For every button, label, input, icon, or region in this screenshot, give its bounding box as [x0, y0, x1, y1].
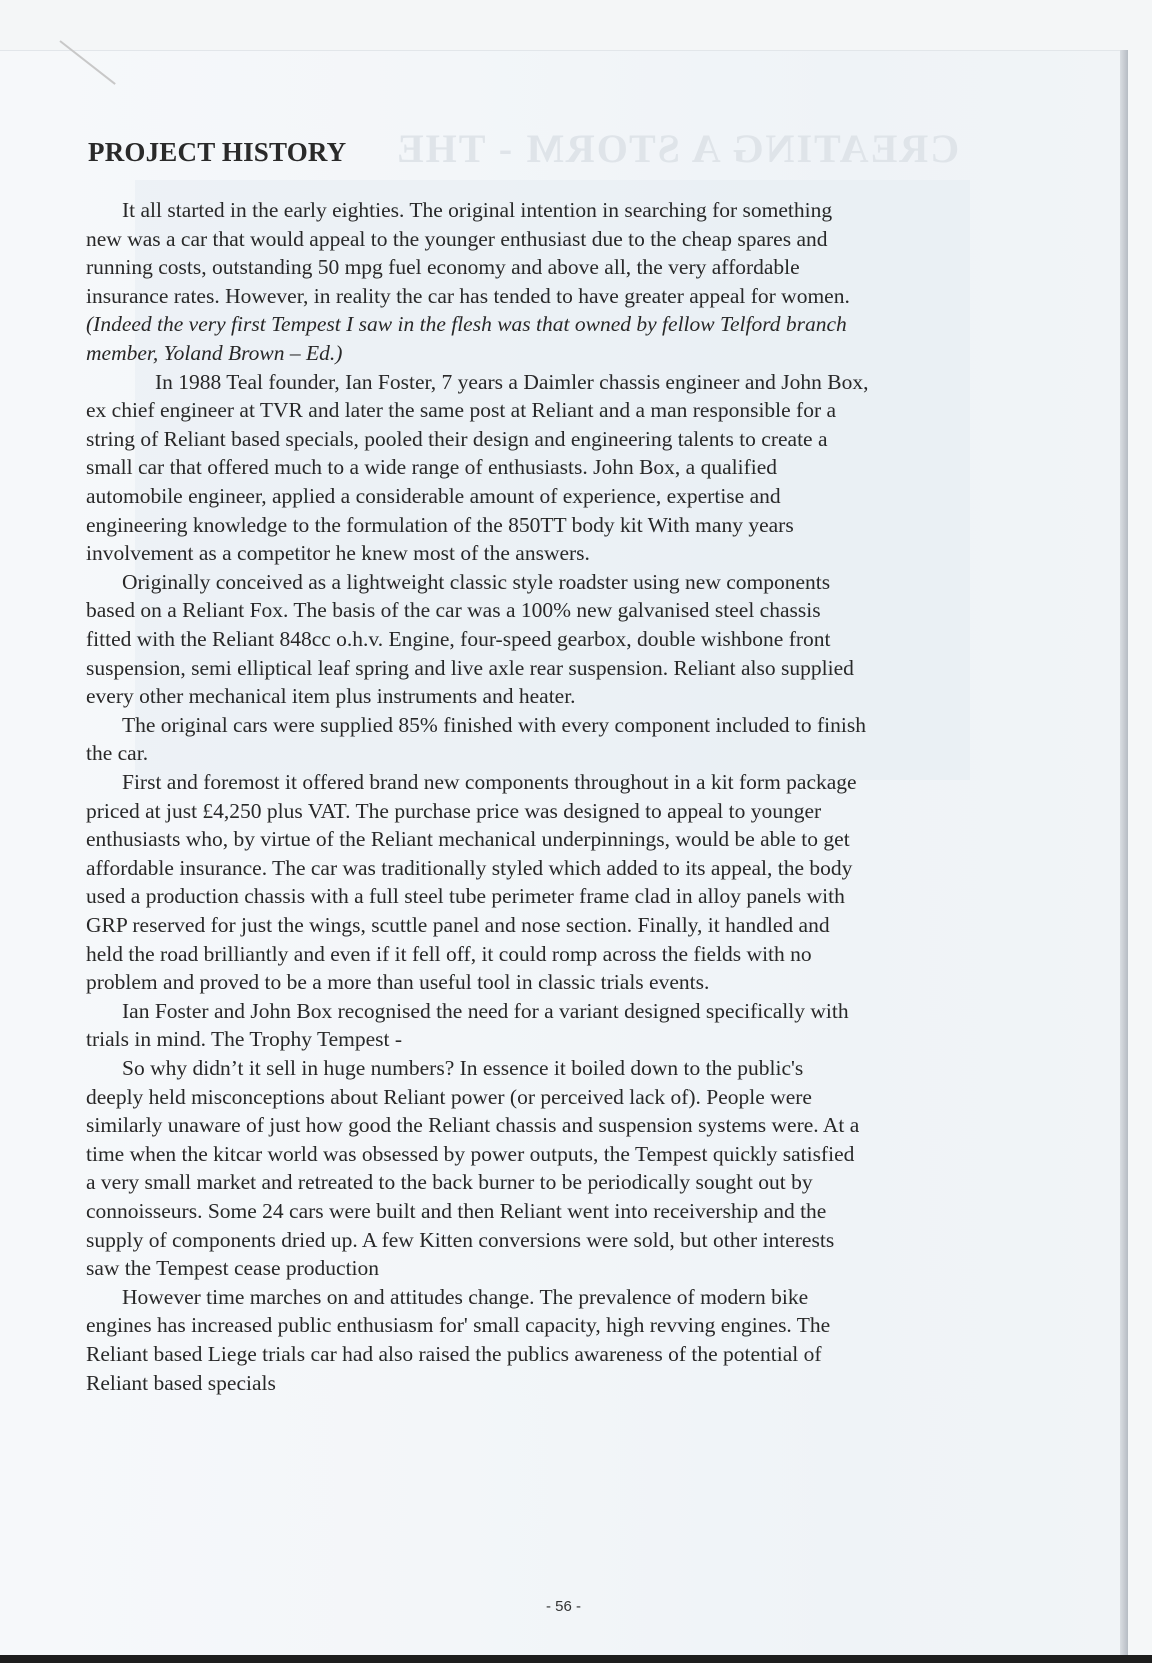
text-line: Originally conceived as a lightweight cl…	[122, 568, 830, 596]
text-line: deeply held misconceptions about Reliant…	[86, 1083, 812, 1111]
text-line: The original cars were supplied 85% fini…	[122, 711, 866, 739]
text-line: based on a Reliant Fox. The basis of the…	[86, 596, 821, 624]
text-line: fitted with the Reliant 848cc o.h.v. Eng…	[86, 625, 831, 653]
text-line: However time marches on and attitudes ch…	[122, 1283, 808, 1311]
text-line: saw the Tempest cease production	[86, 1254, 379, 1282]
text-line: problem and proved to be a more than use…	[86, 968, 709, 996]
text-line: every other mechanical item plus instrum…	[86, 682, 576, 710]
scanner-edge-bottom	[0, 1655, 1152, 1663]
text-line: engineering knowledge to the formulation…	[86, 511, 794, 539]
text-line: a very small market and retreated to the…	[86, 1168, 813, 1196]
text-line: similarly unaware of just how good the R…	[86, 1111, 859, 1139]
editor-note-line: (Indeed the very first Tempest I saw in …	[86, 310, 847, 338]
text-line: engines has increased public enthusiasm …	[86, 1311, 830, 1339]
text-line: ex chief engineer at TVR and later the s…	[86, 396, 836, 424]
text-line: Reliant based specials	[86, 1369, 276, 1397]
text-line: In 1988 Teal founder, Ian Foster, 7 year…	[155, 368, 868, 396]
text-line: held the road brilliantly and even if it…	[86, 940, 812, 968]
text-line: So why didn’t it sell in huge numbers? I…	[122, 1054, 803, 1082]
text-line: used a production chassis with a full st…	[86, 882, 845, 910]
text-line: time when the kitcar world was obsessed …	[86, 1140, 854, 1168]
text-line: Reliant based Liege trials car had also …	[86, 1340, 822, 1368]
text-line: It all started in the early eighties. Th…	[122, 196, 832, 224]
text-line: new was a car that would appeal to the y…	[86, 225, 828, 253]
text-line: enthusiasts who, by virtue of the Relian…	[86, 825, 850, 853]
text-line: suspension, semi elliptical leaf spring …	[86, 654, 854, 682]
text-line: Ian Foster and John Box recognised the n…	[122, 997, 849, 1025]
text-line: automobile engineer, applied a considera…	[86, 482, 781, 510]
text-line: affordable insurance. The car was tradit…	[86, 854, 852, 882]
page-number: - 56 -	[0, 1598, 1127, 1615]
scanner-background-top	[0, 0, 1152, 50]
text-line: First and foremost it offered brand new …	[122, 768, 857, 796]
text-line: string of Reliant based specials, pooled…	[86, 425, 828, 453]
text-line: the car.	[86, 739, 148, 767]
page-title: PROJECT HISTORY	[88, 137, 346, 168]
text-line: running costs, outstanding 50 mpg fuel e…	[86, 253, 800, 281]
text-line: supply of components dried up. A few Kit…	[86, 1226, 834, 1254]
text-line: connoisseurs. Some 24 cars were built an…	[86, 1197, 826, 1225]
text-line: insurance rates. However, in reality the…	[86, 282, 850, 310]
editor-note-line: member, Yoland Brown – Ed.)	[86, 339, 342, 367]
bleed-through-title: CREATING A STORM - THE	[395, 125, 959, 172]
text-line: GRP reserved for just the wings, scuttle…	[86, 911, 830, 939]
text-line: small car that offered much to a wide ra…	[86, 453, 777, 481]
text-line: involvement as a competitor he knew most…	[86, 539, 590, 567]
text-line: priced at just £4,250 plus VAT. The purc…	[86, 797, 821, 825]
page-edge-shadow	[1120, 50, 1128, 1655]
text-line: trials in mind. The Trophy Tempest -	[86, 1025, 402, 1053]
scanner-background-right	[1128, 50, 1152, 1655]
